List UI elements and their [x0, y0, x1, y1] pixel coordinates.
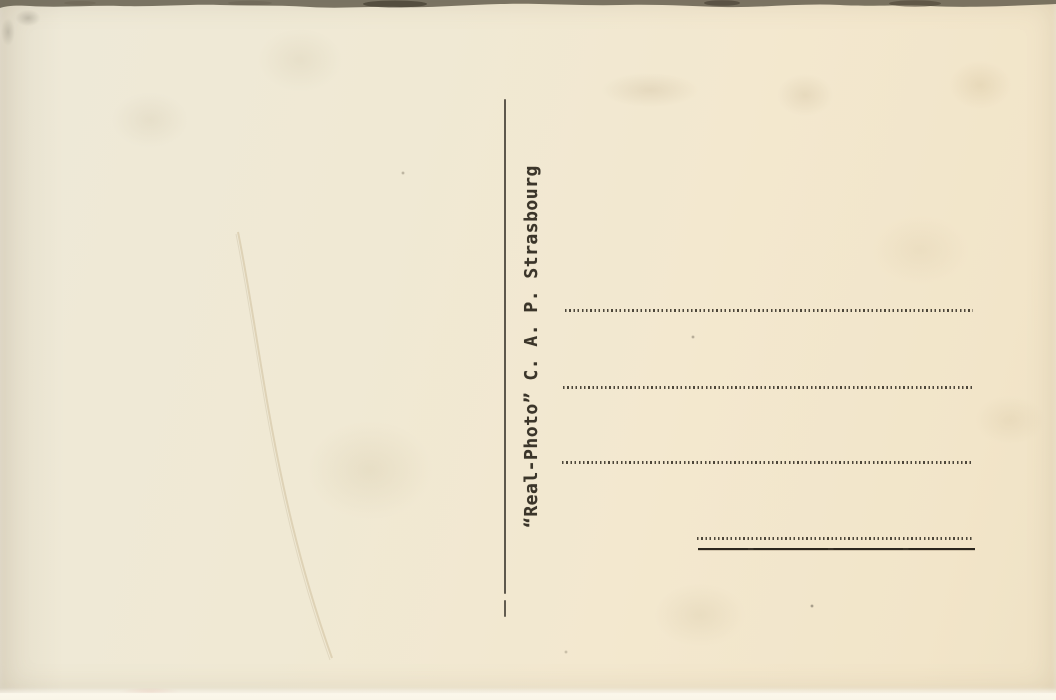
address-line-4 — [697, 537, 974, 540]
address-line-2 — [563, 386, 973, 389]
postcard-back: “Real-Photo” C. A. P. Strasbourg — [0, 0, 1056, 693]
torn-top-edge — [0, 0, 1056, 14]
divider-line — [504, 99, 506, 617]
address-underline — [698, 548, 975, 550]
bottom-edge-highlight — [0, 688, 1056, 700]
publisher-imprint: “Real-Photo” C. A. P. Strasbourg — [518, 168, 546, 528]
scan-background: { "postcard": { "publisher_imprint": "\u… — [0, 0, 1056, 700]
address-line-1 — [565, 309, 973, 312]
address-line-3 — [562, 461, 971, 464]
